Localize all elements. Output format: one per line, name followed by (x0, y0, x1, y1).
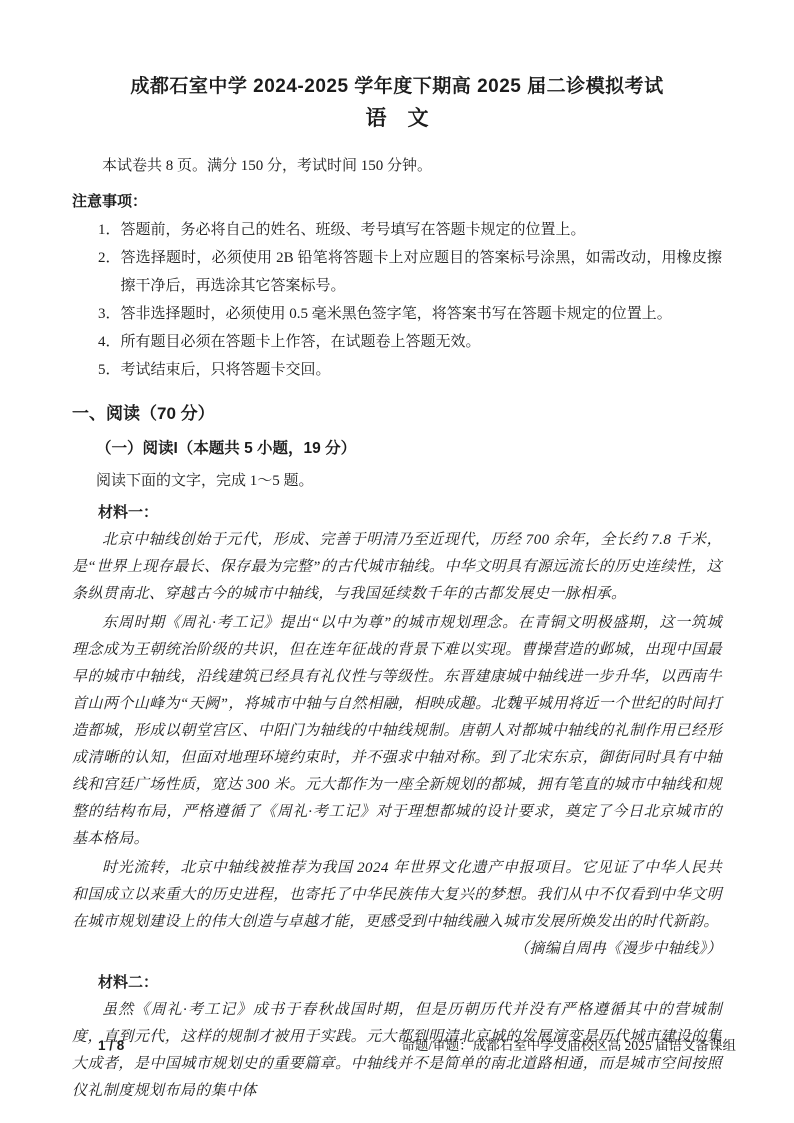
material1-attribution: （摘编自周冉《漫步中轴线》） (72, 936, 722, 963)
notice-item-text: 答题前，务必将自己的姓名、班级、考号填写在答题卡规定的位置上。 (121, 216, 722, 244)
section-heading-reading: 一、阅读（70 分） (72, 401, 722, 427)
material2-label: 材料二： (98, 971, 722, 995)
notice-item-number: 2． (98, 244, 121, 300)
notice-list: 1． 答题前，务必将自己的姓名、班级、考号填写在答题卡规定的位置上。 2． 答选… (72, 216, 722, 384)
notice-item: 4． 所有题目必须在答题卡上作答，在试题卷上答题无效。 (98, 328, 722, 356)
notice-item-text: 答选择题时，必须使用 2B 铅笔将答题卡上对应题目的答案标号涂黑，如需改动，用橡… (121, 244, 722, 300)
material1-paragraph: 时光流转，北京中轴线被推荐为我国 2024 年世界文化遗产申报项目。它见证了中华… (72, 855, 722, 936)
page-number: 1 / 8 (98, 1038, 124, 1053)
exam-info: 本试卷共 8 页。满分 150 分，考试时间 150 分钟。 (72, 154, 722, 178)
material1-label: 材料一： (98, 501, 722, 525)
page-footer: 1 / 8 命题/审题：成都石室中学文庙校区高 2025 届语文备课组 (72, 1034, 736, 1054)
notice-item: 5． 考试结束后，只将答题卡交回。 (98, 356, 722, 384)
notice-item-number: 3． (98, 300, 121, 328)
reading-instruction: 阅读下面的文字，完成 1～5 题。 (96, 469, 722, 493)
notice-item-text: 考试结束后，只将答题卡交回。 (121, 356, 722, 384)
notice-item-text: 答非选择题时，必须使用 0.5 毫米黑色签字笔，将答案书写在答题卡规定的位置上。 (121, 300, 722, 328)
footer-credit: 命题/审题：成都石室中学文庙校区高 2025 届语文备课组 (401, 1034, 736, 1054)
notice-heading: 注意事项： (72, 190, 722, 214)
notice-item-number: 1． (98, 216, 121, 244)
subsection-heading-reading1: （一）阅读I（本题共 5 小题，19 分） (96, 437, 722, 461)
material1-paragraph: 北京中轴线创始于元代，形成、完善于明清乃至近现代，历经 700 余年，全长约 7… (72, 527, 722, 608)
notice-item: 3． 答非选择题时，必须使用 0.5 毫米黑色签字笔，将答案书写在答题卡规定的位… (98, 300, 722, 328)
notice-item: 1． 答题前，务必将自己的姓名、班级、考号填写在答题卡规定的位置上。 (98, 216, 722, 244)
exam-subject: 语 文 (72, 105, 722, 133)
material1-paragraph: 东周时期《周礼·考工记》提出“以中为尊”的城市规划理念。在青铜文明极盛期，这一筑… (72, 610, 722, 853)
exam-paper-page: 成都石室中学 2024-2025 学年度下期高 2025 届二诊模拟考试 语 文… (0, 0, 794, 1123)
notice-item-number: 4． (98, 328, 121, 356)
notice-item: 2． 答选择题时，必须使用 2B 铅笔将答题卡上对应题目的答案标号涂黑，如需改动… (98, 244, 722, 300)
notice-item-text: 所有题目必须在答题卡上作答，在试题卷上答题无效。 (121, 328, 722, 356)
notice-item-number: 5． (98, 356, 121, 384)
exam-title: 成都石室中学 2024-2025 学年度下期高 2025 届二诊模拟考试 (72, 74, 722, 100)
